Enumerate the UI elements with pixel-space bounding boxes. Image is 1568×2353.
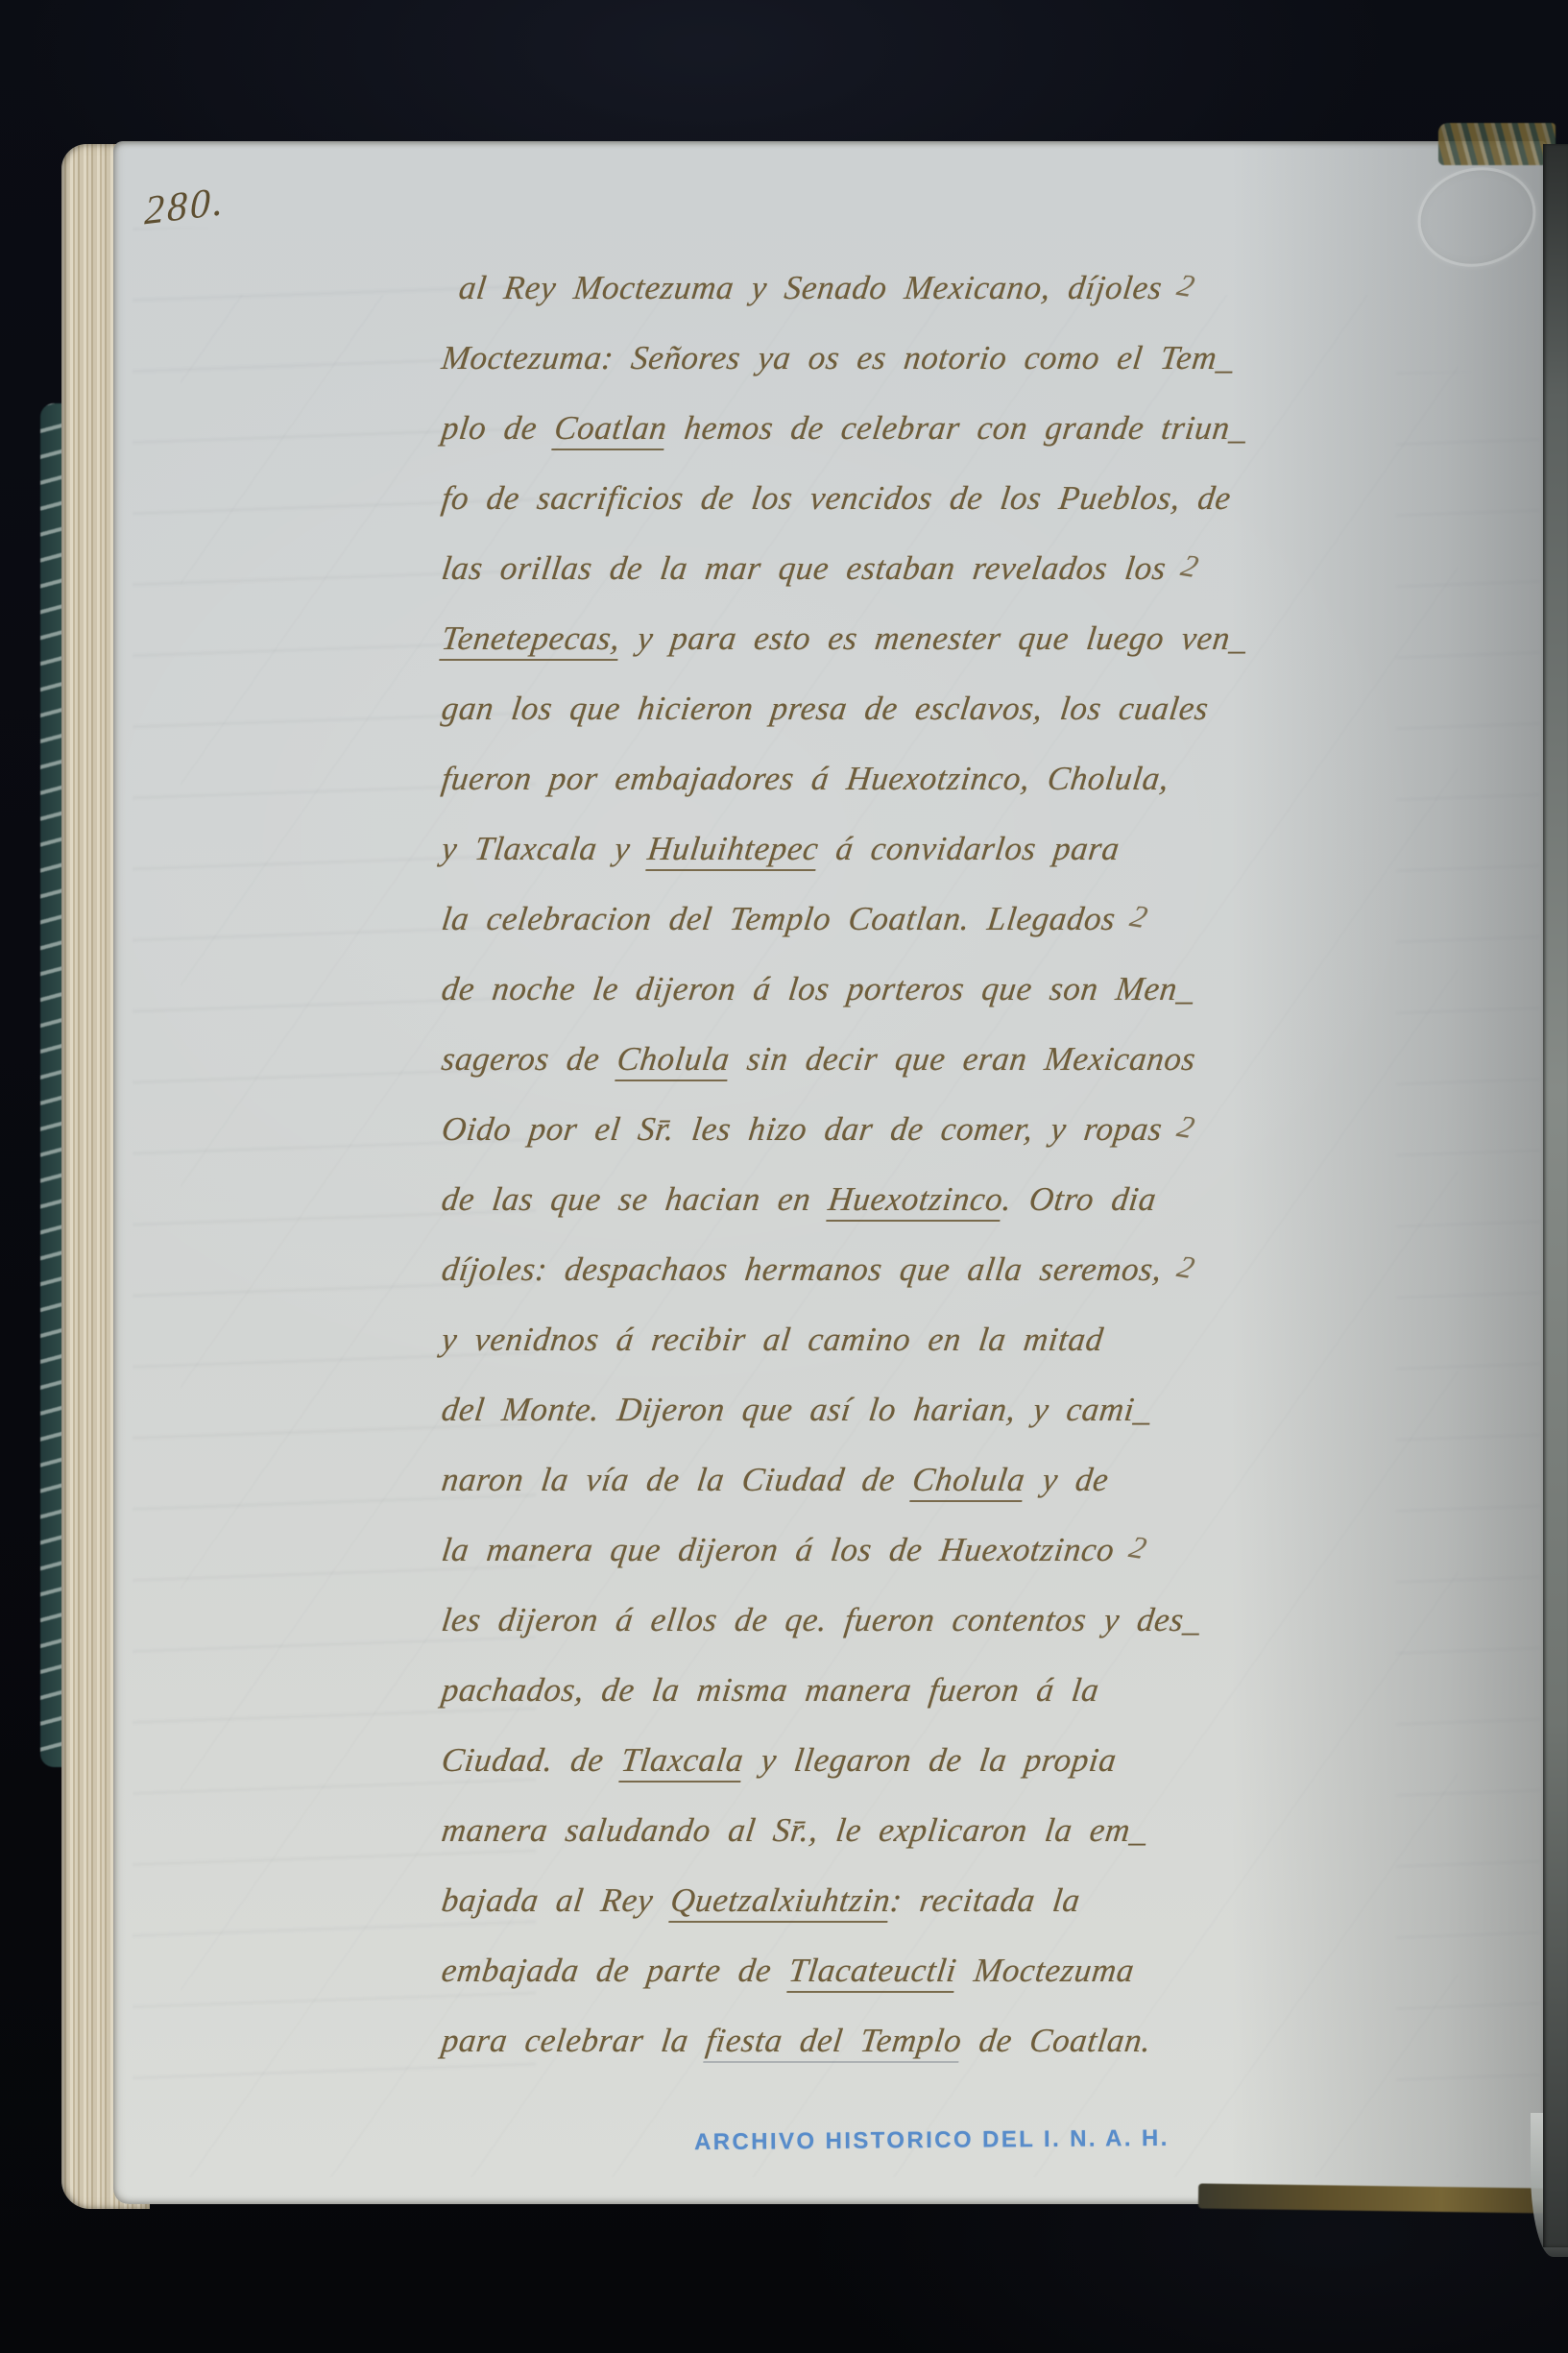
handwritten-line: plo de Coatlan hemos de celebrar con gra… [440, 411, 1249, 445]
line-text: de las que se hacian en [440, 1180, 832, 1218]
line-text: hemos de celebrar con grande triun_ [664, 409, 1249, 447]
handwritten-line: bajada al Rey Quetzalxiuhtzin: recitada … [440, 1883, 1082, 1917]
line-text: fueron por embajadores á Huexotzinco, Ch… [440, 760, 1171, 797]
underlined-place-name: Coatlan [552, 409, 669, 450]
underlined-place-name: Huluihtepec [645, 830, 821, 871]
handwritten-line: díjoles: despachaos hermanos que alla se… [440, 1252, 1195, 1287]
line-text: fo de sacrificios de los vencidos de los… [440, 479, 1234, 517]
line-text: para celebrar la [440, 2022, 709, 2059]
line-text: embajada de parte de [440, 1952, 791, 1989]
line-text: sageros de [440, 1040, 620, 1078]
handwritten-line: Moctezuma: Señores ya os es notorio como… [440, 341, 1237, 375]
handwritten-line: Oido por el Sr̄. les hizo dar de comer, … [440, 1112, 1195, 1147]
line-text: sin decir que eran Mexicanos [727, 1040, 1197, 1078]
handwritten-line: la manera que dijeron á los de Huexotzin… [440, 1533, 1147, 1567]
cover-edge-bottom-right [1198, 2183, 1546, 2213]
handwritten-line: de las que se hacian en Huexotzinco. Otr… [440, 1182, 1158, 1216]
line-text: naron la vía de la Ciudad de [440, 1461, 915, 1498]
line-text: al Rey Moctezuma y Senado Mexicano, díjo… [457, 269, 1165, 306]
handwritten-line: Tenetepecas, y para esto es menester que… [440, 621, 1249, 655]
line-filler-mark: 2 [1174, 1109, 1199, 1145]
handwritten-line: fueron por embajadores á Huexotzinco, Ch… [440, 762, 1171, 795]
handwritten-line: al Rey Moctezuma y Senado Mexicano, díjo… [457, 271, 1195, 305]
handwritten-line: naron la vía de la Ciudad de Cholula y d… [440, 1463, 1111, 1496]
handwritten-line: las orillas de la mar que estaban revela… [440, 551, 1199, 586]
line-text: Moctezuma: Señores ya os es notorio como… [440, 339, 1237, 376]
line-text: del Monte. Dijeron que así lo harian, y … [440, 1391, 1154, 1428]
underlined-place-name: Tlaxcala [618, 1741, 746, 1783]
line-text: gan los que hicieron presa de esclavos, … [440, 690, 1211, 727]
underlined-place-name: Tenetepecas, [439, 619, 622, 661]
line-filler-mark: 2 [1173, 268, 1198, 303]
line-text: y Tlaxcala y [440, 830, 650, 867]
handwritten-line: pachados, de la misma manera fueron á la [440, 1673, 1101, 1707]
line-text: : recitada la [888, 1881, 1082, 1919]
line-filler-mark: 2 [1127, 899, 1152, 934]
line-text: bajada al Rey [440, 1881, 673, 1919]
underlined-place-name: Cholula [615, 1040, 732, 1081]
line-text: . Otro dia [1001, 1180, 1159, 1218]
line-text: de noche le dijeron á los porteros que s… [440, 970, 1197, 1007]
underlined-place-name: Huexotzinco [826, 1180, 1005, 1222]
handwritten-line: de noche le dijeron á los porteros que s… [440, 972, 1196, 1006]
facing-page-edge [1543, 144, 1568, 2247]
line-text: Ciudad. de [440, 1741, 624, 1779]
underlined-place-name: Tlacateuctli [786, 1952, 959, 1993]
binding-remnant-top-right [1438, 123, 1556, 165]
handwritten-text-block: al Rey Moctezuma y Senado Mexicano, díjo… [113, 141, 1546, 2204]
handwritten-line: Ciudad. de Tlaxcala y llegaron de la pro… [440, 1743, 1119, 1777]
line-text: pachados, de la misma manera fueron á la [440, 1671, 1101, 1709]
line-filler-mark: 2 [1173, 1249, 1198, 1285]
line-text: manera saludando al Sr̄., le explicaron … [440, 1811, 1150, 1849]
line-text: díjoles: despachaos hermanos que alla se… [440, 1250, 1165, 1288]
handwritten-line: gan los que hicieron presa de esclavos, … [440, 691, 1211, 725]
handwritten-line: para celebrar la fiesta del Templo de Co… [440, 2024, 1153, 2057]
line-text: plo de [440, 409, 557, 447]
handwritten-line: fo de sacrificios de los vencidos de los… [440, 481, 1233, 515]
underlined-place-name: Cholula [910, 1461, 1027, 1502]
line-text: Moctezuma [954, 1952, 1137, 1989]
line-filler-mark: 2 [1126, 1530, 1151, 1565]
line-text: y venidnos á recibir al camino en la mit… [440, 1321, 1106, 1358]
faint-underlined-phrase: fiesta del Templo [704, 2022, 964, 2063]
line-text: les dijeron á ellos de qe. fueron conten… [440, 1601, 1204, 1638]
handwritten-line: embajada de parte de Tlacateuctli Moctez… [440, 1953, 1136, 1987]
line-text: y llegaron de la propia [741, 1741, 1119, 1779]
line-text: Oido por el Sr̄. les hizo dar de comer, … [440, 1110, 1165, 1148]
archive-stamp: ARCHIVO HISTORICO DEL I. N. A. H. [694, 2125, 1170, 2156]
line-text: la celebracion del Templo Coatlan. Llega… [440, 900, 1118, 937]
line-text: y para esto es menester que luego ven_ [617, 619, 1249, 657]
handwritten-line: y venidnos á recibir al camino en la mit… [440, 1322, 1105, 1356]
line-text: de Coatlan. [959, 2022, 1153, 2059]
handwritten-line: manera saludando al Sr̄., le explicaron … [440, 1813, 1149, 1847]
line-text: la manera que dijeron á los de Huexotzin… [440, 1531, 1117, 1568]
handwritten-line: y Tlaxcala y Huluihtepec á convidarlos p… [440, 832, 1122, 865]
handwritten-line: del Monte. Dijeron que así lo harian, y … [440, 1393, 1154, 1426]
handwritten-line: la celebracion del Templo Coatlan. Llega… [440, 902, 1149, 936]
handwritten-line: sageros de Cholula sin decir que eran Me… [440, 1042, 1197, 1076]
underlined-place-name: Quetzalxiuhtzin [668, 1881, 893, 1923]
handwritten-line: les dijeron á ellos de qe. fueron conten… [440, 1603, 1203, 1637]
line-text: y de [1023, 1461, 1111, 1498]
line-filler-mark: 2 [1178, 548, 1203, 584]
line-text: á convidarlos para [816, 830, 1122, 867]
manuscript-page: 280. al Rey Moctezuma y Senado Mexicano,… [113, 141, 1546, 2204]
line-text: las orillas de la mar que estaban revela… [440, 549, 1169, 587]
